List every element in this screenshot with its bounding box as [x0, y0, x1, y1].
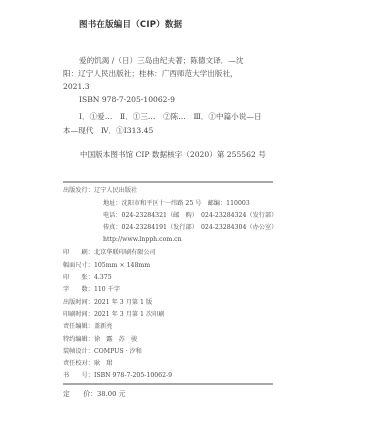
printer-value: 北京华联印刷有限公司 [94, 249, 156, 256]
format-value: 105mm × 148mm [94, 262, 150, 269]
print-date-row: 印刷时间：2021 年 3 月第 1 次印刷 [63, 310, 165, 320]
cip-heading: 图书在版编目（CIP）数据 [79, 18, 182, 30]
fax-row: 传真：024-23284191（发行部） 024-23284304（办公室） [103, 223, 277, 233]
price-label: 定 价： [63, 389, 97, 399]
publish-date-value: 2021 年 3 月第 1 版 [94, 299, 152, 306]
sheets-value: 4.375 [94, 274, 112, 281]
printer-row: 印 刷：北京华联印刷有限公司 [63, 248, 156, 258]
book-number-label: 书 号： [63, 371, 94, 381]
cip-classification-1: Ⅰ．①爱… Ⅱ．①三… ②陈… Ⅲ．①中篇小说—日 [79, 111, 262, 123]
publish-date-label: 出版时间： [63, 298, 94, 308]
top-divider [63, 181, 273, 183]
publisher-label: 出版发行： [63, 186, 94, 196]
guest-editor-label: 特约编辑： [63, 335, 94, 345]
printer-label: 印 刷： [63, 248, 94, 258]
word-count-label: 字 数： [63, 285, 94, 295]
word-count-row: 字 数：110 千字 [63, 285, 120, 295]
word-count-value: 110 千字 [94, 286, 120, 293]
format-row: 幅面尺寸：105mm × 148mm [63, 261, 150, 271]
cip-isbn: ISBN 978-7-205-10062-9 [79, 94, 175, 106]
phone-row: 电话：024-23284321（邮 购） 024-23284324（发行部） [103, 211, 277, 221]
price-value: 38.00 元 [97, 390, 125, 398]
guest-editor-row: 特约编辑：徐 露 苏 骏 [63, 335, 137, 345]
sheets-row: 印 张：4.375 [63, 273, 112, 283]
cip-classification-2: 本—现代 Ⅳ．①I313.45 [63, 125, 153, 137]
price-row: 定 价：38.00 元 [63, 389, 125, 399]
design-row: 装帧设计：COMPUS · 汐和 [63, 347, 142, 357]
format-label: 幅面尺寸： [63, 261, 94, 271]
cip-line-1: 爱的饥渴 /（日）三岛由纪夫著；陈德文译．—沈 [79, 55, 243, 67]
editor-label: 责任编辑： [63, 322, 94, 332]
publisher-value: 辽宁人民出版社 [94, 187, 137, 194]
print-date-value: 2021 年 3 月第 1 次印刷 [94, 311, 165, 318]
publisher-row: 出版发行：辽宁人民出版社 [63, 186, 137, 196]
bottom-divider [63, 383, 273, 385]
proofreader-row: 责任校对：耿 珺 [63, 359, 113, 369]
cip-data-number: 中国版本图书馆 CIP 数据核字（2020）第 255562 号 [80, 149, 266, 161]
print-date-label: 印刷时间： [63, 310, 94, 320]
sheets-label: 印 张： [63, 273, 94, 283]
design-value: COMPUS · 汐和 [94, 348, 142, 355]
publish-date-row: 出版时间：2021 年 3 月第 1 版 [63, 298, 152, 308]
proofreader-value: 耿 珺 [94, 360, 113, 367]
proofreader-label: 责任校对： [63, 359, 94, 369]
editor-value: 盖新亮 [94, 323, 113, 330]
design-label: 装帧设计： [63, 347, 94, 357]
cip-line-3: 2021.3 [63, 81, 90, 93]
book-number-row: 书 号：ISBN 978-7-205-10062-9 [63, 371, 172, 381]
editor-row: 责任编辑：盖新亮 [63, 322, 113, 332]
website-link[interactable]: http://www.lnpph.com.cn [103, 235, 182, 245]
book-number-value: ISBN 978-7-205-10062-9 [94, 372, 172, 379]
address-row: 地址：沈阳市和平区十一纬路 25 号 邮编：110003 [103, 199, 250, 209]
guest-editor-value: 徐 露 苏 骏 [94, 336, 137, 343]
cip-line-2: 阳：辽宁人民出版社；桂林：广西师范大学出版社， [63, 68, 238, 80]
